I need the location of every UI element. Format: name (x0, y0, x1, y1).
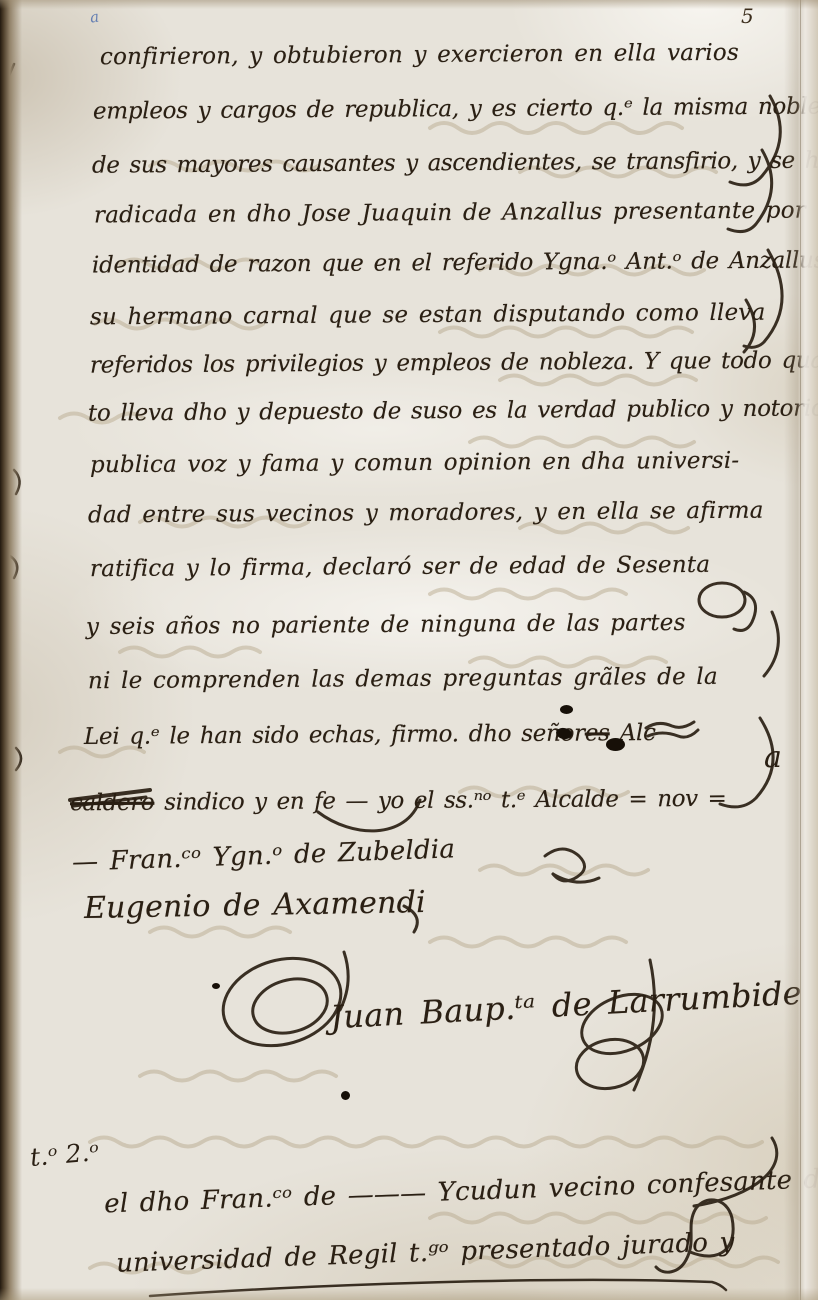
bleedthrough-overlay (0, 0, 818, 1300)
binding-edge (0, 0, 22, 1300)
ink-blot (560, 705, 573, 714)
manuscript-line-8: to lleva dho y depuesto de suso es la ve… (88, 395, 818, 426)
line-text: sindico y en fe — yo el ss.ⁿᵒ t.ᵉ Alcald… (154, 786, 726, 816)
manuscript-line-4: radicada en dho Jose Juaquin de Anzallus… (94, 198, 806, 229)
ink-flourishes-overlay (0, 0, 818, 1300)
paper-bottom-edge (0, 1288, 818, 1300)
paper-top-edge (0, 0, 818, 9)
manuscript-line-6: su hermano carnal que se estan disputand… (90, 300, 766, 331)
struck-text: caldero (70, 790, 155, 817)
blue-archive-mark: a (89, 7, 100, 26)
manuscript-line-1: confirieron, y obtubieron y exercieron e… (100, 40, 739, 70)
manuscript-line-11: ratifica y lo firma, declaró ser de edad… (90, 552, 710, 582)
witness-margin-note: t.ᵒ 2.ᵒ (29, 1137, 100, 1172)
ink-blot (341, 1091, 350, 1100)
closing-line-1: el dho Fran.ᶜᵒ de ——— Ycudun vecino conf… (104, 1163, 818, 1220)
line-text: Lei q.ᵉ le han sido echas, firmo. dho se… (84, 720, 585, 749)
paper-right-edge (784, 0, 818, 1300)
manuscript-line-9: publica voz y fama y comun opinion en dh… (90, 448, 740, 479)
manuscript-line-3: de sus mayores causantes y ascendientes,… (92, 147, 818, 178)
signature-zubeldia: — Fran.ᶜᵒ Ygn.ᵒ de Zubeldia (72, 834, 456, 877)
closing-line-2: universidad de Regil t.ᵍᵒ presentado jur… (116, 1227, 735, 1279)
manuscript-line-15: caldero sindico y en fe — yo el ss.ⁿᵒ t.… (70, 786, 727, 817)
manuscript-line-5: identidad de razon que en el referido Yg… (92, 247, 818, 278)
manuscript-line-2: empleos y cargos de republica, y es cier… (93, 93, 818, 124)
signature-axamendi: Eugenio de Axamendi (84, 885, 426, 926)
manuscript-line-7: referidos los privilegios y empleos de n… (90, 347, 818, 378)
manuscript-page: confirieron, y obtubieron y exercieron e… (0, 0, 818, 1300)
ink-blot (212, 983, 220, 989)
signature-larrumbide: Juan Baup.ᵗᵃ de Larrumbide (329, 974, 802, 1037)
superscript-a-annotation: a (764, 740, 782, 775)
ink-blot (606, 738, 625, 751)
manuscript-line-10: dad entre sus vecinos y moradores, y en … (88, 498, 764, 529)
manuscript-line-12: y seis años no pariente de ninguna de la… (86, 610, 686, 640)
manuscript-line-13: ni le comprenden las demas preguntas grã… (88, 664, 718, 694)
